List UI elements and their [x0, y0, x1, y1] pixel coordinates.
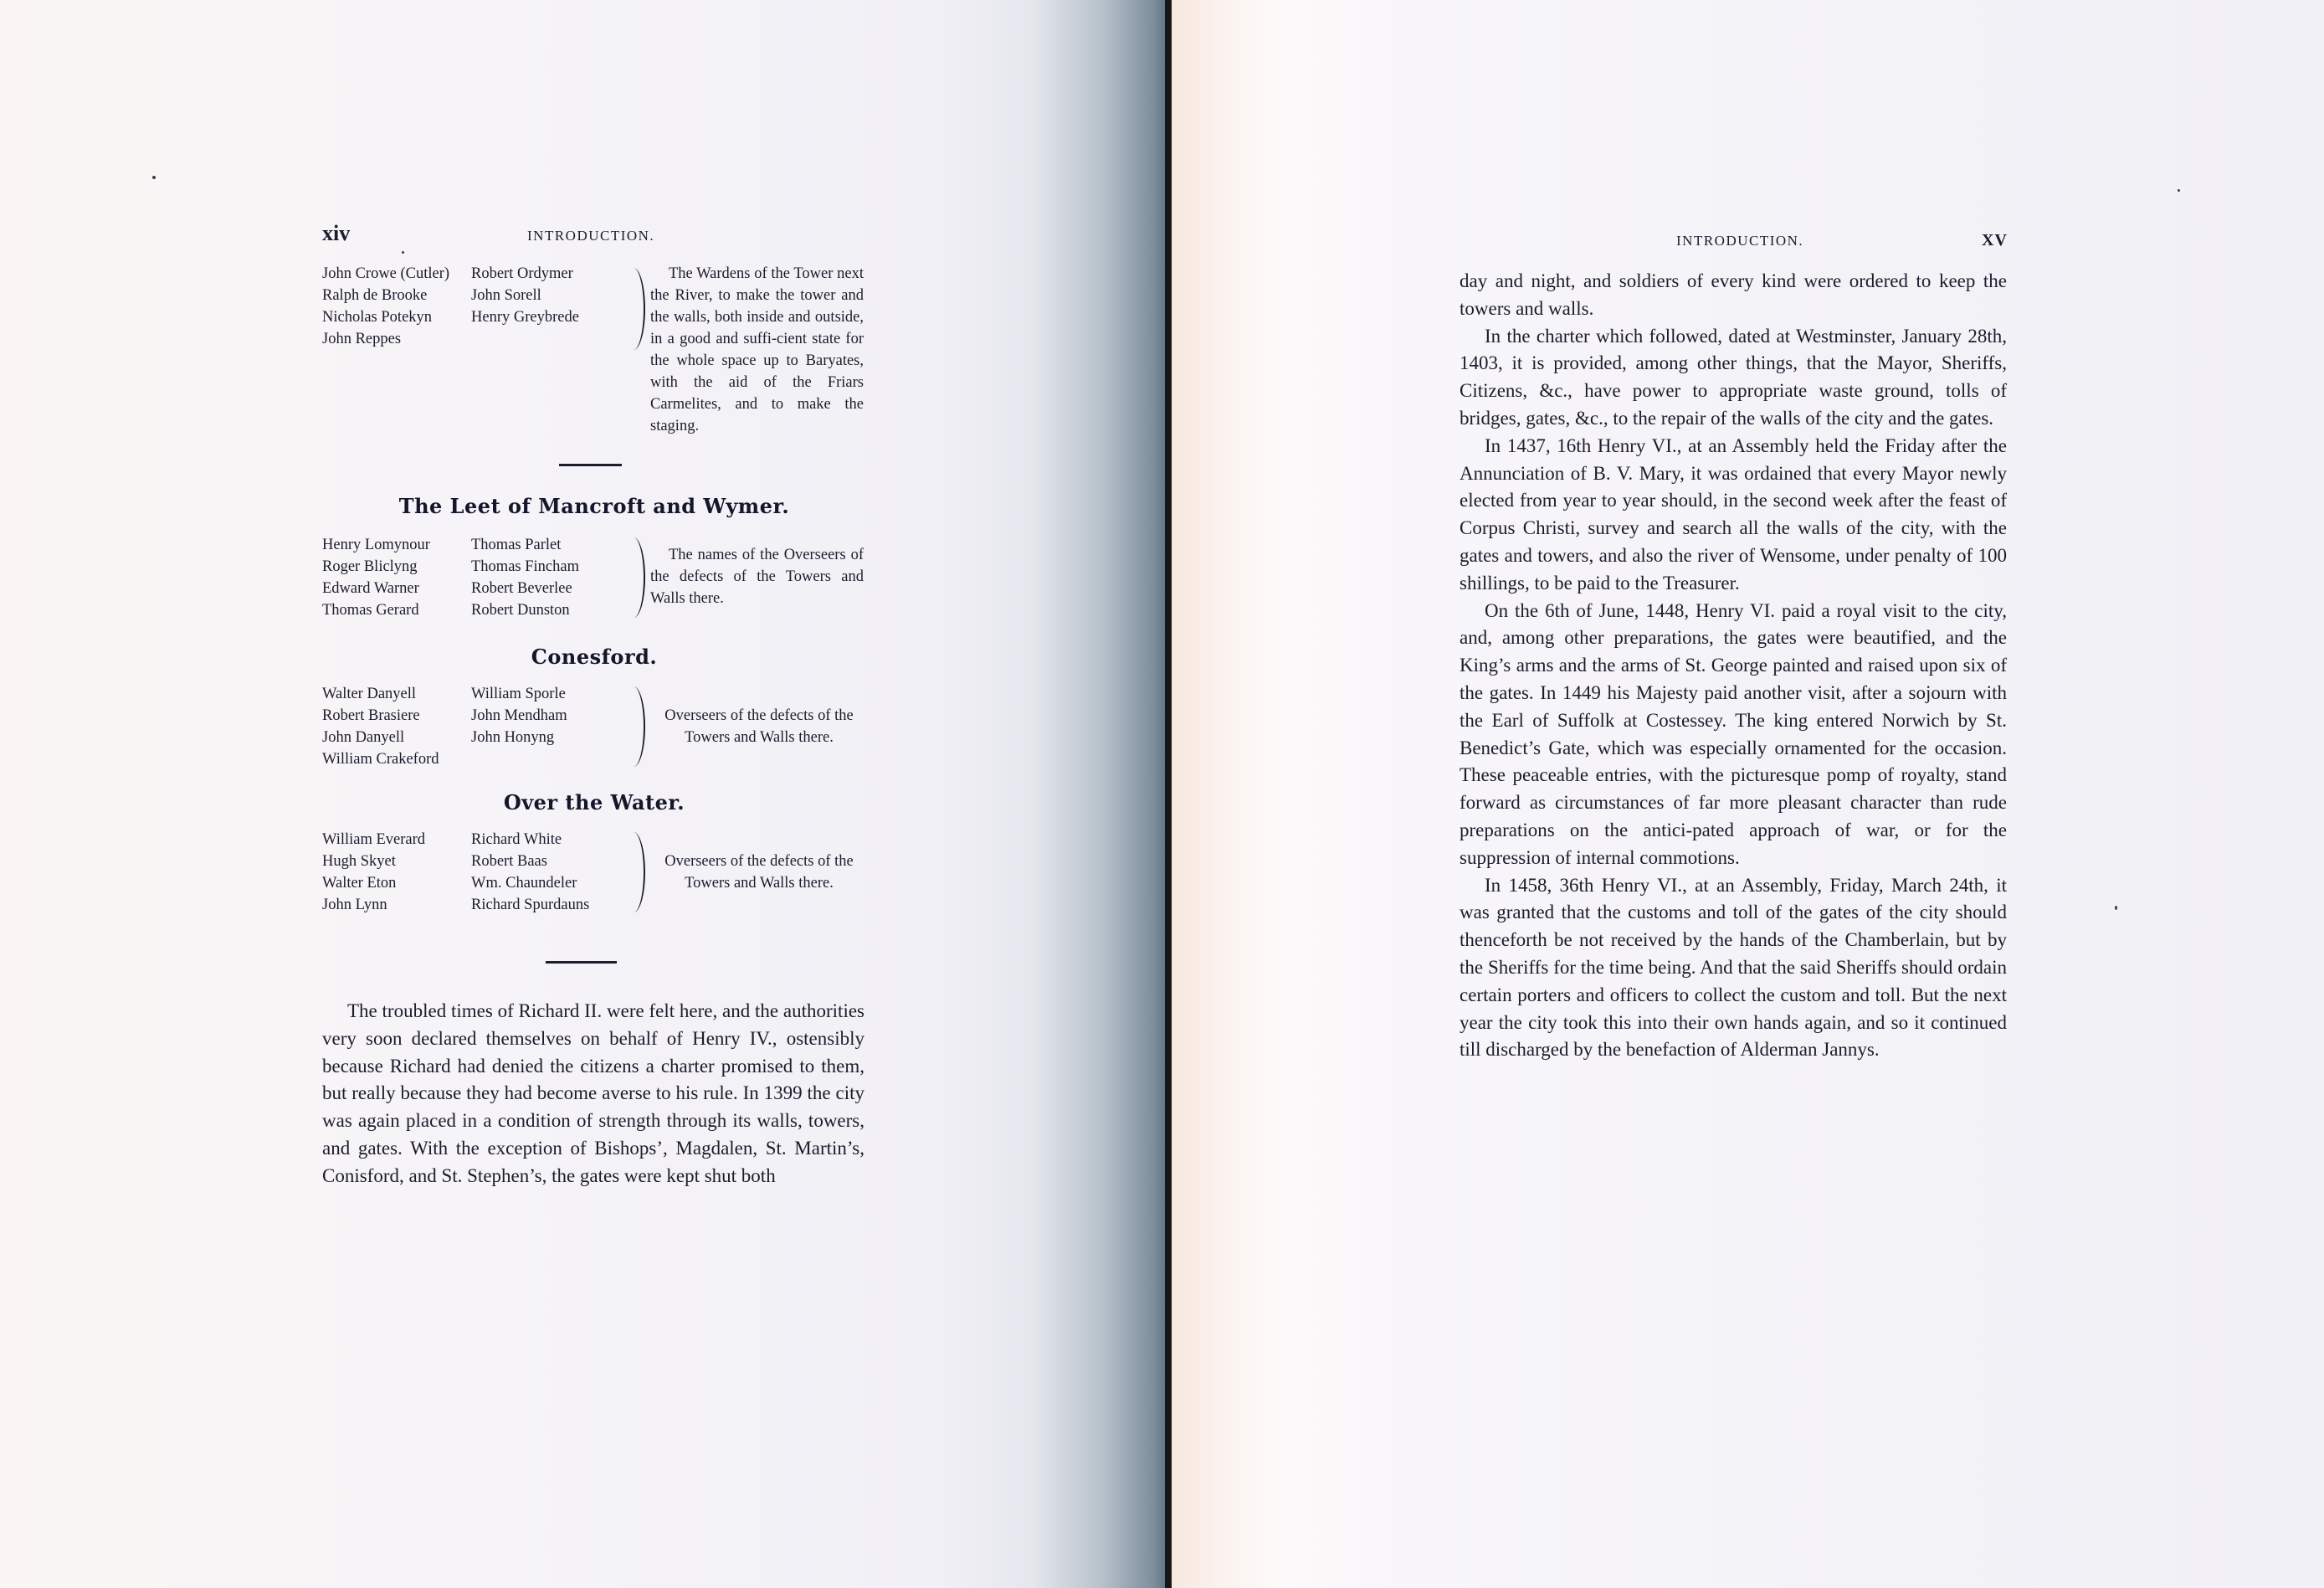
section-note: Overseers of the defects of the Towers a…	[650, 851, 868, 894]
paragraph: In 1458, 36th Henry VI., at an Assembly,…	[1460, 872, 2007, 1065]
right-page: INTRODUCTION. XV day and night, and sold…	[1172, 0, 2324, 1588]
section-note: Overseers of the defects of the Towers a…	[650, 705, 868, 748]
wardens-table: John Crowe (Cutler) Ralph de Brooke Nich…	[322, 263, 866, 439]
paragraph: In the charter which followed, dated at …	[1460, 323, 2007, 433]
paragraph: On the 6th of June, 1448, Henry VI. paid…	[1460, 598, 2007, 872]
mancroft-table: Henry Lomynour Roger Bliclyng Edward War…	[322, 534, 866, 626]
name: John Danyell	[322, 727, 439, 748]
names-column-2: Richard White Robert Baas Wm. Chaundeler…	[471, 829, 589, 916]
over-the-water-table: William Everard Hugh Skyet Walter Eton J…	[322, 829, 866, 921]
name: Henry Lomynour	[322, 534, 430, 556]
curly-brace	[632, 537, 645, 618]
paper-speck	[402, 251, 404, 254]
name: William Everard	[322, 829, 425, 851]
paper-speck	[2115, 906, 2117, 910]
name: Robert Baas	[471, 851, 589, 872]
names-column-1: Walter Danyell Robert Brasiere John Dany…	[322, 683, 439, 770]
name: Thomas Gerard	[322, 599, 430, 621]
section-divider	[546, 961, 617, 964]
paragraph: In 1437, 16th Henry VI., at an Assembly …	[1460, 433, 2007, 598]
name: Robert Beverlee	[471, 578, 579, 599]
name: Wm. Chaundeler	[471, 872, 589, 894]
name: Henry Greybrede	[471, 306, 579, 328]
name: Ralph de Brooke	[322, 285, 449, 306]
name: John Sorell	[471, 285, 579, 306]
name: Richard White	[471, 829, 589, 851]
name: Nicholas Potekyn	[322, 306, 449, 328]
section-heading: Over the Water.	[322, 790, 866, 815]
section-heading: The Leet of Mancroft and Wymer.	[322, 494, 866, 518]
left-page: xiv INTRODUCTION. John Crowe (Cutler) Ra…	[0, 0, 1172, 1588]
name: Robert Ordymer	[471, 263, 579, 285]
curly-brace	[632, 686, 645, 767]
name: Richard Spurdauns	[471, 894, 589, 916]
section-note: The Wardens of the Tower next the River,…	[650, 263, 864, 437]
paper-speck	[152, 176, 156, 179]
name: Roger Bliclyng	[322, 556, 430, 578]
body-text: The troubled times of Richard II. were f…	[322, 998, 864, 1190]
name: Edward Warner	[322, 578, 430, 599]
curly-brace	[632, 832, 645, 912]
name: John Crowe (Cutler)	[322, 263, 449, 285]
names-column-2: William Sporle John Mendham John Honyng	[471, 683, 567, 748]
body-text: day and night, and soldiers of every kin…	[1460, 268, 2007, 1064]
name: John Lynn	[322, 894, 425, 916]
name: Walter Danyell	[322, 683, 439, 705]
name: John Mendham	[471, 705, 567, 727]
name: William Sporle	[471, 683, 567, 705]
section-divider	[559, 464, 622, 466]
names-column-1: William Everard Hugh Skyet Walter Eton J…	[322, 829, 425, 916]
name: John Honyng	[471, 727, 567, 748]
page-number: XV	[1982, 231, 2008, 250]
running-head: INTRODUCTION.	[527, 228, 654, 244]
section-heading: Conesford.	[322, 645, 866, 669]
names-column-1: Henry Lomynour Roger Bliclyng Edward War…	[322, 534, 430, 621]
paper-speck	[2178, 189, 2180, 192]
names-column-2: Thomas Parlet Thomas Fincham Robert Beve…	[471, 534, 579, 621]
name: William Crakeford	[322, 748, 439, 770]
page-number: xiv	[322, 221, 350, 246]
names-column-2: Robert Ordymer John Sorell Henry Greybre…	[471, 263, 579, 328]
running-head: INTRODUCTION.	[1676, 233, 1803, 249]
section-note: The names of the Overseers of the defect…	[650, 544, 864, 609]
continuation-paragraph: day and night, and soldiers of every kin…	[1460, 268, 2007, 323]
name: Robert Brasiere	[322, 705, 439, 727]
name: Hugh Skyet	[322, 851, 425, 872]
paragraph: The troubled times of Richard II. were f…	[322, 998, 864, 1190]
name: Walter Eton	[322, 872, 425, 894]
curly-brace	[632, 268, 645, 350]
name: Robert Dunston	[471, 599, 579, 621]
name: Thomas Fincham	[471, 556, 579, 578]
book-spine	[1165, 0, 1172, 1588]
conesford-table: Walter Danyell Robert Brasiere John Dany…	[322, 683, 866, 775]
names-column-1: John Crowe (Cutler) Ralph de Brooke Nich…	[322, 263, 449, 350]
name: John Reppes	[322, 328, 449, 350]
name: Thomas Parlet	[471, 534, 579, 556]
